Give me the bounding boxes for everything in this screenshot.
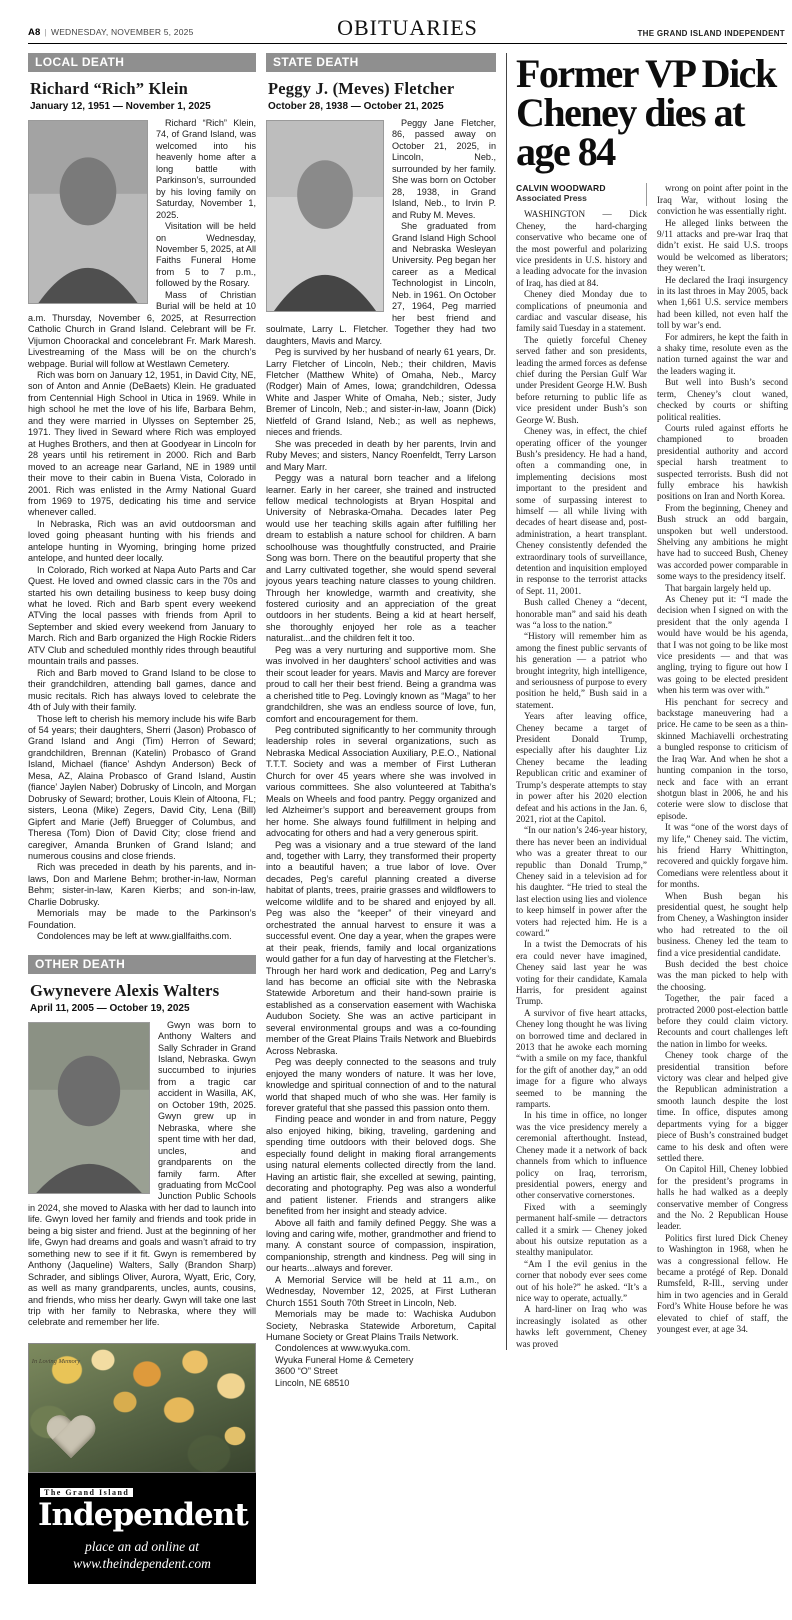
article-paragraph: “History will remember him as among the … xyxy=(516,631,647,711)
article-paragraph: But well into Bush’s second term, Cheney… xyxy=(657,377,788,423)
obit-paragraph: Memorials may be made to: Wachiska Audub… xyxy=(266,1309,496,1343)
section-header-state-death: STATE DEATH xyxy=(266,53,496,72)
article-paragraph: Courts ruled against efforts he champion… xyxy=(657,423,788,503)
obit-paragraph: Rich was born on January 12, 1951, in Da… xyxy=(28,370,256,519)
section-header-local-death: LOCAL DEATH xyxy=(28,53,256,72)
obit-name: Gwynevere Alexis Walters xyxy=(30,981,256,1001)
ad-panel: The Grand Island Independent place an ad… xyxy=(28,1473,256,1584)
obit-paragraph: She was preceded in death by her parents… xyxy=(266,439,496,473)
obit-name: Peggy J. (Meves) Fletcher xyxy=(268,79,496,99)
obit-paragraph: Condolences at www.wyuka.com. xyxy=(266,1343,496,1354)
obit-paragraph: Above all faith and family defined Peggy… xyxy=(266,1218,496,1275)
portrait-photo xyxy=(28,1022,150,1194)
obit-paragraph: Peg was deeply connected to the seasons … xyxy=(266,1057,496,1114)
obit-paragraph: Lincoln, NE 68510 xyxy=(266,1378,496,1389)
obit-paragraph: Rich was preceded in death by his parent… xyxy=(28,862,256,908)
obit-paragraph: In Nebraska, Rich was an avid outdoorsma… xyxy=(28,519,256,565)
byline-author: CALVIN WOODWARD xyxy=(516,183,642,193)
article-column-2: wrong on point after point in the Iraq W… xyxy=(657,183,788,1350)
article-paragraph: On Capitol Hill, Cheney lobbied for the … xyxy=(657,1164,788,1232)
newspaper-page: A8|WEDNESDAY, NOVEMBER 5, 2025 OBITUARIE… xyxy=(0,0,792,1620)
article-paragraph: Cheney died Monday due to complications … xyxy=(516,289,647,335)
obit-paragraph: Peg is survived by her husband of nearly… xyxy=(266,347,496,439)
logo-wordmark: Independent xyxy=(38,1500,248,1531)
obit-paragraph: Memorials may be made to the Parkinson’s… xyxy=(28,908,256,931)
obit-paragraph: Peg contributed significantly to her com… xyxy=(266,725,496,840)
memorial-heart xyxy=(45,1414,97,1462)
obit-paragraph: Peg was a visionary and a true steward o… xyxy=(266,840,496,1058)
article-paragraph: The quietly forceful Cheney served fathe… xyxy=(516,335,647,426)
portrait-photo xyxy=(266,120,384,312)
article-paragraph: wrong on point after point in the Iraq W… xyxy=(657,183,788,217)
obituary-peggy-fletcher: Peggy J. (Meves) Fletcher October 28, 19… xyxy=(266,79,496,1389)
article-paragraph: Bush decided the best choice was the man… xyxy=(657,959,788,993)
article-column-1: CALVIN WOODWARD Associated Press WASHING… xyxy=(516,183,647,1350)
article-paragraph: He alleged links between the 9/11 attack… xyxy=(657,218,788,275)
obit-body: Gwyn was born to Anthony Walters and Sal… xyxy=(28,1020,256,1329)
obit-body: Peggy Jane Fletcher, 86, passed away on … xyxy=(266,118,496,1389)
article-columns: CALVIN WOODWARD Associated Press WASHING… xyxy=(516,183,788,1350)
byline: CALVIN WOODWARD Associated Press xyxy=(516,183,647,206)
article-headline: Former VP Dick Cheney dies at age 84 xyxy=(516,55,788,171)
masthead: A8|WEDNESDAY, NOVEMBER 5, 2025 OBITUARIE… xyxy=(28,16,787,44)
logo-kicker: The Grand Island xyxy=(40,1488,133,1497)
page-content: LOCAL DEATH Richard “Rich” Klein January… xyxy=(28,53,788,1584)
article-paragraph: Politics first lured Dick Cheney to Wash… xyxy=(657,1233,788,1336)
obituary-gwynevere-walters: Gwynevere Alexis Walters April 11, 2005 … xyxy=(28,981,256,1329)
article-paragraph: It was “one of the worst days of my life… xyxy=(657,822,788,890)
article-paragraph: His penchant for secrecy and backstage m… xyxy=(657,697,788,822)
byline-organization: Associated Press xyxy=(516,193,642,203)
obit-dates: October 28, 1938 — October 21, 2025 xyxy=(268,101,496,112)
person-silhouette-icon xyxy=(267,121,383,311)
column-article: Former VP Dick Cheney dies at age 84 CAL… xyxy=(506,53,788,1350)
obit-paragraph: Peg was a very nurturing and supportive … xyxy=(266,645,496,725)
obit-body: Richard “Rich” Klein, 74, of Grand Islan… xyxy=(28,118,256,943)
ad-text-line: place an ad online at xyxy=(38,1538,246,1556)
obit-paragraph: Wyuka Funeral Home & Cemetery xyxy=(266,1355,496,1366)
obit-paragraph: Finding peace and wonder in and from nat… xyxy=(266,1114,496,1217)
house-ad: In Loving Memory The Grand Island Indepe… xyxy=(28,1343,256,1584)
person-silhouette-icon xyxy=(29,121,147,303)
page-number: A8 xyxy=(28,27,41,38)
flowers-photo: In Loving Memory xyxy=(28,1343,256,1473)
article-paragraph: As Cheney put it: “I made the decision w… xyxy=(657,594,788,697)
article-paragraph: When Bush began his presidential quest, … xyxy=(657,891,788,959)
masthead-folio: A8|WEDNESDAY, NOVEMBER 5, 2025 xyxy=(28,27,194,38)
newspaper-logo: The Grand Island Independent xyxy=(38,1482,248,1531)
article-paragraph: Fixed with a seemingly permanent half-sm… xyxy=(516,1202,647,1259)
article-paragraph: A survivor of five heart attacks, Cheney… xyxy=(516,1008,647,1111)
portrait-photo xyxy=(28,120,148,304)
masthead-date: WEDNESDAY, NOVEMBER 5, 2025 xyxy=(51,27,194,37)
heart-caption: In Loving Memory xyxy=(31,1358,81,1366)
article-paragraph: In a twist the Democrats of his era coul… xyxy=(516,939,647,1007)
article-paragraph: In his time in office, no longer was the… xyxy=(516,1110,647,1201)
page-title: OBITUARIES xyxy=(337,15,478,41)
article-paragraph: From the beginning, Cheney and Bush stru… xyxy=(657,503,788,583)
column-local: LOCAL DEATH Richard “Rich” Klein January… xyxy=(28,53,256,1584)
obit-paragraph: In Colorado, Rich worked at Napa Auto Pa… xyxy=(28,565,256,668)
article-paragraph: “In our nation’s 246-year history, there… xyxy=(516,825,647,939)
article-paragraph: “Am I the evil genius in the corner that… xyxy=(516,1259,647,1305)
obit-paragraph: 3600 “O” Street xyxy=(266,1366,496,1377)
obit-dates: January 12, 1951 — November 1, 2025 xyxy=(30,101,256,112)
article-paragraph: Together, the pair faced a protracted 20… xyxy=(657,993,788,1050)
obit-paragraph: Rich and Barb moved to Grand Island to b… xyxy=(28,668,256,714)
article-paragraph: Cheney was, in effect, the chief operati… xyxy=(516,426,647,597)
obit-paragraph: Condolences may be left at www.giallfait… xyxy=(28,931,256,942)
article-paragraph: For admirers, he kept the faith in a sha… xyxy=(657,332,788,378)
article-paragraph: That bargain largely held up. xyxy=(657,583,788,594)
masthead-paper-name: THE GRAND ISLAND INDEPENDENT xyxy=(637,29,785,38)
article-paragraph: A hard-liner on Iraq who was increasingl… xyxy=(516,1304,647,1350)
column-state: STATE DEATH Peggy J. (Meves) Fletcher Oc… xyxy=(266,53,496,1389)
obit-name: Richard “Rich” Klein xyxy=(30,79,256,99)
obit-dates: April 11, 2005 — October 19, 2025 xyxy=(30,1003,256,1014)
obit-paragraph: Those left to cherish his memory include… xyxy=(28,714,256,863)
obit-paragraph: A Memorial Service will be held at 11 a.… xyxy=(266,1275,496,1309)
article-paragraph: Cheney took charge of the presidential t… xyxy=(657,1050,788,1164)
article-paragraph: WASHINGTON — Dick Cheney, the hard-charg… xyxy=(516,209,647,289)
article-paragraph: Years after leaving office, Cheney becam… xyxy=(516,711,647,825)
section-header-other-death: OTHER DEATH xyxy=(28,955,256,974)
obituary-richard-klein: Richard “Rich” Klein January 12, 1951 — … xyxy=(28,79,256,943)
obit-paragraph: Peggy was a natural born teacher and a l… xyxy=(266,473,496,645)
folio-divider: | xyxy=(45,27,47,37)
article-paragraph: Bush called Cheney a “decent, honorable … xyxy=(516,597,647,631)
article-paragraph: He declared the Iraqi insurgency in its … xyxy=(657,275,788,332)
ad-url: www.theindependent.com xyxy=(38,1555,246,1573)
person-silhouette-icon xyxy=(29,1023,149,1193)
